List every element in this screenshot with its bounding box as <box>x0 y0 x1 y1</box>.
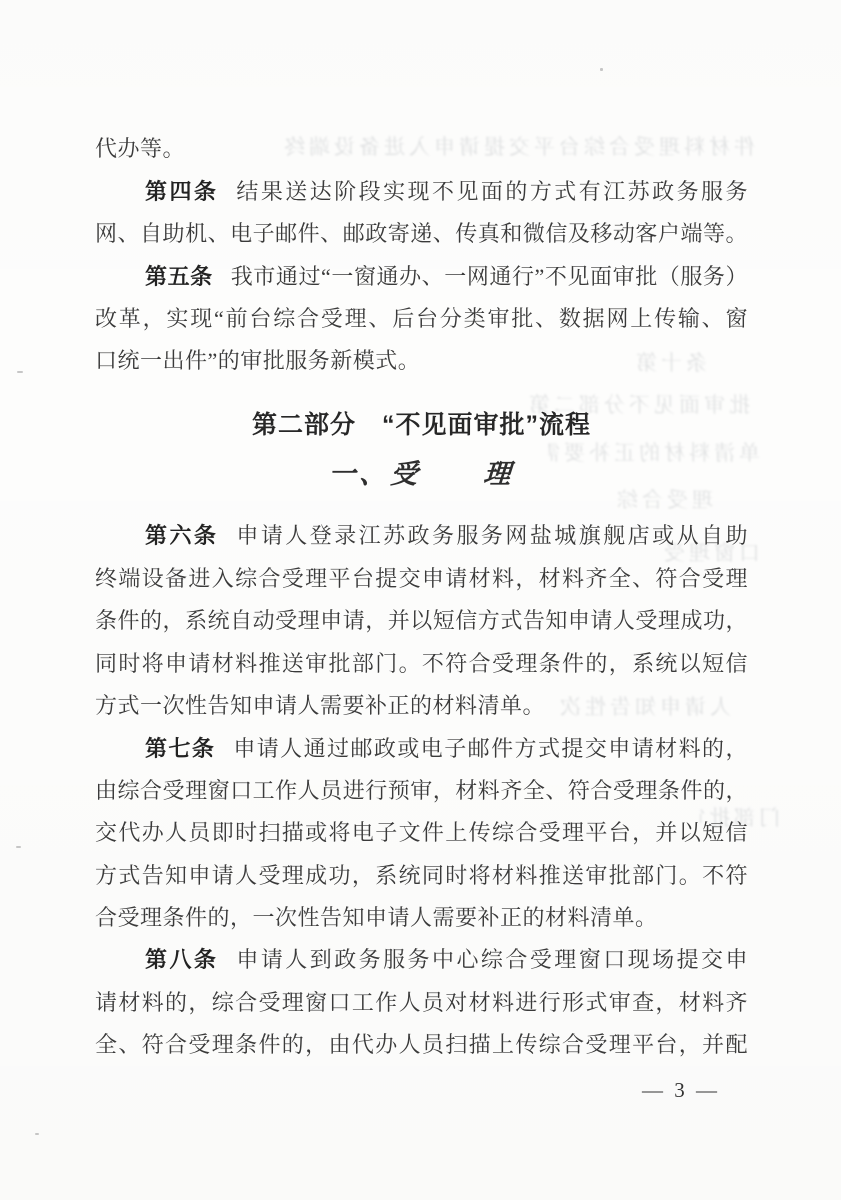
line-text: 结果送达阶段实现不见面的方式有江苏政务服务 <box>236 179 748 204</box>
scan-speck <box>35 1133 39 1135</box>
line-text: 方式一次性告知申请人需要补正的材料清单。 <box>95 693 545 718</box>
paragraph-line: 全、符合受理条件的，由代办人员扫描上传综合受理平台，并配 <box>95 1030 748 1060</box>
paragraph-line: 方式告知申请人受理成功，系统同时将材料推送审批部门。不符 <box>95 861 748 891</box>
line-text: 条件的，系统自动受理申请，并以短信方式告知申请人受理成功， <box>95 608 748 633</box>
paragraph-line: 终端设备进入综合受理平台提交申请材料，材料齐全、符合受理 <box>95 564 748 594</box>
scanned-document-page: 件材料理受合综台平交提请申入进备设端终 条十第 批审面见不分部二第 单清料材的正… <box>0 0 841 1200</box>
article-number: 第七条 <box>145 736 215 761</box>
article-number: 第八条 <box>145 947 218 972</box>
paragraph-line: 交代办人员即时扫描或将电子文件上传综合受理平台，并以短信 <box>95 818 748 848</box>
paragraph-line: 第四条结果送达阶段实现不见面的方式有江苏政务服务 <box>95 177 748 207</box>
paragraph-line: 第五条我市通过“一窗通办、一网通行”不见面审批（服务） <box>95 262 748 292</box>
article-number: 第五条 <box>145 264 213 289</box>
paragraph-line: 改革，实现“前台综合受理、后台分类审批、数据网上传输、窗 <box>95 304 748 334</box>
paragraph-line: 网、自助机、电子邮件、邮政寄递、传真和微信及移动客户端等。 <box>95 219 748 249</box>
paragraph-line: 方式一次性告知申请人需要补正的材料清单。 <box>95 691 748 721</box>
line-text: 申请人到政务服务中心综合受理窗口现场提交申 <box>236 947 748 972</box>
line-text: 交代办人员即时扫描或将电子文件上传综合受理平台，并以短信 <box>95 820 748 845</box>
line-text: 全、符合受理条件的，由代办人员扫描上传综合受理平台，并配 <box>95 1032 748 1057</box>
line-text: 同时将申请材料推送审批部门。不符合受理条件的，系统以短信 <box>95 651 748 676</box>
line-text: 口统一出件”的审批服务新模式。 <box>95 348 420 373</box>
paragraph-line: 第六条申请人登录江苏政务服务网盐城旗舰店或从自助 <box>95 521 748 551</box>
part-heading: 第二部分 “不见面审批”流程 <box>95 410 748 440</box>
article-number: 第六条 <box>145 523 218 548</box>
paragraph-line: 条件的，系统自动受理申请，并以短信方式告知申请人受理成功， <box>95 606 748 636</box>
page-number: — 3 — <box>95 1078 720 1103</box>
line-text: 申请人登录江苏政务服务网盐城旗舰店或从自助 <box>236 523 748 548</box>
line-text: 请材料的，综合受理窗口工作人员对材料进行形式审查，材料齐 <box>95 990 748 1015</box>
line-text: 我市通过“一窗通办、一网通行”不见面审批（服务） <box>231 264 748 289</box>
paragraph-line: 第八条申请人到政务服务中心综合受理窗口现场提交申 <box>95 945 748 975</box>
line-text: 代办等。 <box>95 136 185 161</box>
paragraph-line: 合受理条件的，一次性告知申请人需要补正的材料清单。 <box>95 903 748 933</box>
line-text: 合受理条件的，一次性告知申请人需要补正的材料清单。 <box>95 905 658 930</box>
article-number: 第四条 <box>145 179 218 204</box>
paragraph-line: 代办等。 <box>95 134 748 164</box>
paragraph-line: 口统一出件”的审批服务新模式。 <box>95 346 748 376</box>
line-text: 网、自助机、电子邮件、邮政寄递、传真和微信及移动客户端等。 <box>95 221 748 246</box>
line-text: 由综合受理窗口工作人员进行预审，材料齐全、符合受理条件的， <box>95 778 748 803</box>
bleedthrough-text: 理受合综 <box>608 487 713 513</box>
paragraph-line: 由综合受理窗口工作人员进行预审，材料齐全、符合受理条件的， <box>95 776 748 806</box>
paragraph-line: 同时将申请材料推送审批部门。不符合受理条件的，系统以短信 <box>95 649 748 679</box>
paragraph-line: 请材料的，综合受理窗口工作人员对材料进行形式审查，材料齐 <box>95 988 748 1018</box>
line-text: 方式告知申请人受理成功，系统同时将材料推送审批部门。不符 <box>95 863 748 888</box>
scan-speck <box>17 371 23 373</box>
line-text: 终端设备进入综合受理平台提交申请材料，材料齐全、符合受理 <box>95 566 748 591</box>
paragraph-line: 第七条申请人通过邮政或电子邮件方式提交申请材料的， <box>95 734 748 764</box>
scan-speck <box>16 846 21 848</box>
line-text: 申请人通过邮政或电子邮件方式提交申请材料的， <box>233 736 748 761</box>
section-heading: 一、受 理 <box>94 458 749 490</box>
line-text: 改革，实现“前台综合受理、后台分类审批、数据网上传输、窗 <box>95 306 748 331</box>
scan-speck <box>600 68 603 71</box>
